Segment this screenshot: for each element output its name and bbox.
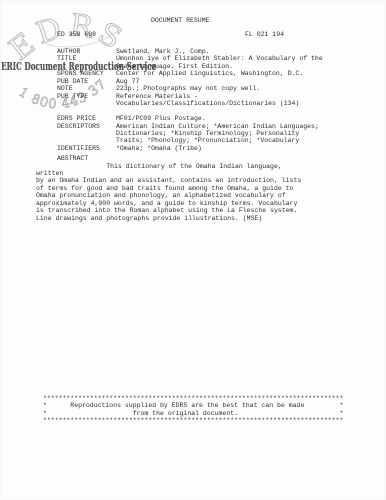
field-label: PUB DATE xyxy=(57,78,116,85)
field-value: Aug 77 xyxy=(116,78,347,85)
field-value: Reference Materials - Vocabularies/Class… xyxy=(116,93,347,108)
edrs-reproduction-notice: ****************************************… xyxy=(43,395,343,425)
clearinghouse-number: FL 021 194 xyxy=(245,31,284,38)
abstract-label: ABSTRACT xyxy=(57,155,88,162)
field-value: *Omaha; *Omaha (Tribe) xyxy=(116,145,347,152)
document-resume-page: EDRS 1 800 443 3742 ERIC Document Reprod… xyxy=(0,0,386,500)
field-label: IDENTIFIERS xyxy=(57,145,116,152)
field-row-pub-type: PUB TYPE Reference Materials - Vocabular… xyxy=(57,93,347,108)
field-row-edrs-price: EDRS PRICE MF01/PC09 Plus Postage. xyxy=(57,115,347,122)
field-value: Swetland, Mark J., Comp. xyxy=(116,48,347,55)
field-row-identifiers: IDENTIFIERS *Omaha; *Omaha (Tribe) xyxy=(57,145,347,152)
field-row-pub-date: PUB DATE Aug 77 xyxy=(57,78,347,85)
page-title: DOCUMENT RESUME xyxy=(151,17,210,24)
eric-service-stamp: ERIC Document Reproduction Service xyxy=(1,61,156,73)
field-value: American Indian Culture; *American India… xyxy=(116,123,347,145)
field-value: 223p.; Photographs may not copy well. xyxy=(116,85,347,92)
field-row-note: NOTE 223p.; Photographs may not copy wel… xyxy=(57,85,347,92)
field-label: EDRS PRICE xyxy=(57,115,116,122)
field-label: NOTE xyxy=(57,85,116,92)
field-label: PUB TYPE xyxy=(57,93,116,108)
ed-number: ED 358 698 xyxy=(57,31,96,38)
field-label: AUTHOR xyxy=(57,48,116,55)
field-row-author: AUTHOR Swetland, Mark J., Comp. xyxy=(57,48,347,55)
field-row-descriptors: DESCRIPTORS American Indian Culture; *Am… xyxy=(57,123,347,145)
field-value: MF01/PC09 Plus Postage. xyxy=(116,115,347,122)
abstract-text: This dictionary of the Omaha Indian lang… xyxy=(36,163,312,223)
field-label: DESCRIPTORS xyxy=(57,123,116,145)
